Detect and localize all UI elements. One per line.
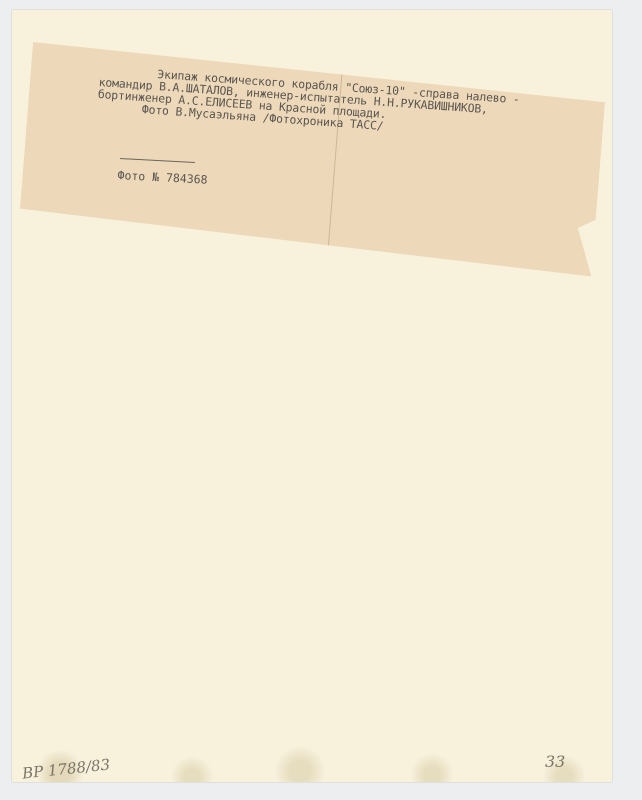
handwritten-page-number: 33: [545, 752, 565, 771]
